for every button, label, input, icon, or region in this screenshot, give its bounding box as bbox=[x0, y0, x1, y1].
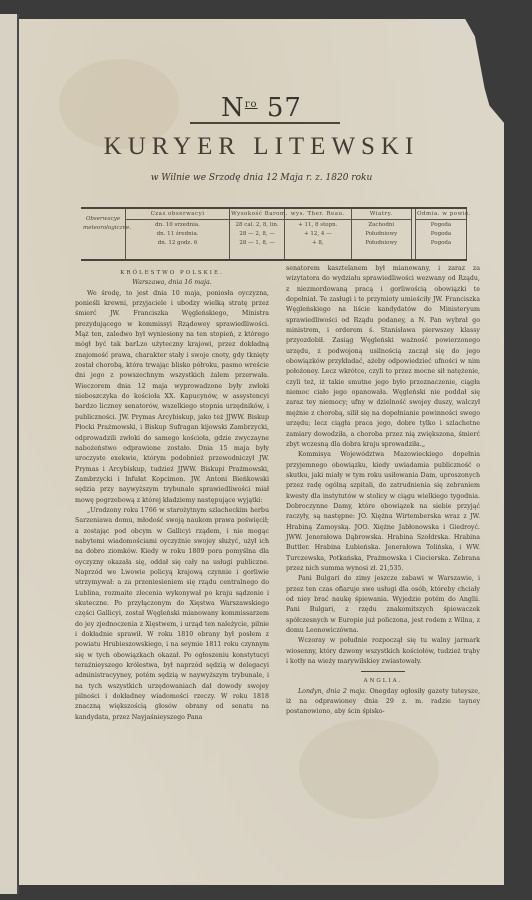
weather-col-thermometer: wys. Ther. Reau. + 11, 8 stopn. + 12, 4 … bbox=[285, 209, 351, 259]
cell: + 11, 8 stopn. bbox=[285, 220, 350, 229]
issue-sup: ro bbox=[245, 99, 258, 110]
cell: Pogoda bbox=[416, 229, 466, 238]
paragraph: „Urodzony roku 1766 w starożytnym szlach… bbox=[75, 506, 269, 723]
adjacent-page-edge bbox=[0, 14, 17, 894]
section-heading: ANGLIA. bbox=[286, 676, 480, 686]
weather-col-conditions: Odmia. w powie. Pogoda Pogoda Pogoda bbox=[415, 209, 467, 259]
masthead-title: KURYER LITEWSKI bbox=[19, 133, 504, 161]
issue-number-value: 57 bbox=[267, 93, 302, 123]
dateline: w Wilnie we Srzodę dnia 12 Maja r. z. 18… bbox=[19, 173, 504, 183]
issue-number: Nro 57 bbox=[19, 93, 504, 123]
cell: Południowy bbox=[352, 229, 411, 238]
paragraph: Pani Bulgari do zimy jeszcze zabawi w Wa… bbox=[286, 574, 480, 636]
paragraph: Wczoray w południe rozpoczął się tu waln… bbox=[286, 636, 480, 667]
place-dateline: Londyn, dnia 2 maja. bbox=[298, 688, 367, 695]
weather-label: Obserwacye meteorologiczne. bbox=[81, 209, 125, 239]
cell: 28 — 1, 8, — bbox=[230, 238, 284, 247]
cell: dn. 10 srzednia. bbox=[126, 220, 229, 229]
cell: 28 — 2, 8, — bbox=[230, 229, 284, 238]
cell: Pogoda bbox=[416, 238, 466, 247]
cell: Południowy bbox=[352, 238, 411, 247]
cell: + 12, 4 — bbox=[285, 229, 350, 238]
cell: Pogoda bbox=[416, 220, 466, 229]
cell: dn. 11 średnia. bbox=[126, 229, 229, 238]
weather-table: Obserwacye meteorologiczne. Czas obserwa… bbox=[81, 207, 467, 261]
left-column: KRÓLESTWO POLSKIE. Warszawa, dnia 16 maj… bbox=[75, 264, 269, 723]
newspaper-page: Nro 57 KURYER LITEWSKI w Wilnie we Srzod… bbox=[19, 19, 504, 885]
paragraph: Londyn, dnia 2 maja. Onegday ogłosiły ga… bbox=[286, 687, 480, 718]
weather-col-barometer: Wysokość Barom. 28 cal. 2, 8, lin. 28 — … bbox=[230, 209, 285, 259]
paragraph: senatorem kasztelanem był mianowany, i z… bbox=[286, 264, 480, 450]
section-heading: KRÓLESTWO POLSKIE. bbox=[75, 268, 269, 278]
right-column: senatorem kasztelanem był mianowany, i z… bbox=[286, 264, 480, 718]
issue-prefix: N bbox=[221, 93, 245, 123]
title-rule bbox=[190, 122, 340, 124]
weather-label-col: Obserwacye meteorologiczne. bbox=[81, 209, 126, 259]
place-dateline: Warszawa, dnia 16 maja. bbox=[75, 278, 269, 288]
col-header: Odmia. w powie. bbox=[416, 209, 466, 220]
col-header: Czas obserwacyi bbox=[126, 209, 229, 220]
paragraph: Kommisya Województwa Mazowieckiego dopeł… bbox=[286, 450, 480, 574]
section-divider bbox=[361, 671, 405, 672]
col-header: Wysokość Barom. bbox=[230, 209, 284, 220]
cell: Zachodni bbox=[352, 220, 411, 229]
paragraph: We środę, to jest dnia 10 maja, poniosła… bbox=[75, 289, 269, 506]
cell: 28 cal. 2, 8, lin. bbox=[230, 220, 284, 229]
paper-stain bbox=[299, 719, 439, 819]
col-header: Wiatry. bbox=[352, 209, 411, 220]
weather-col-winds: Wiatry. Zachodni Południowy Południowy bbox=[352, 209, 412, 259]
weather-col-time: Czas obserwacyi dn. 10 srzednia. dn. 11 … bbox=[126, 209, 230, 259]
cell: + 8, bbox=[285, 238, 350, 247]
cell: dn. 12 godz. 6 bbox=[126, 238, 229, 247]
col-header: wys. Ther. Reau. bbox=[285, 209, 350, 220]
